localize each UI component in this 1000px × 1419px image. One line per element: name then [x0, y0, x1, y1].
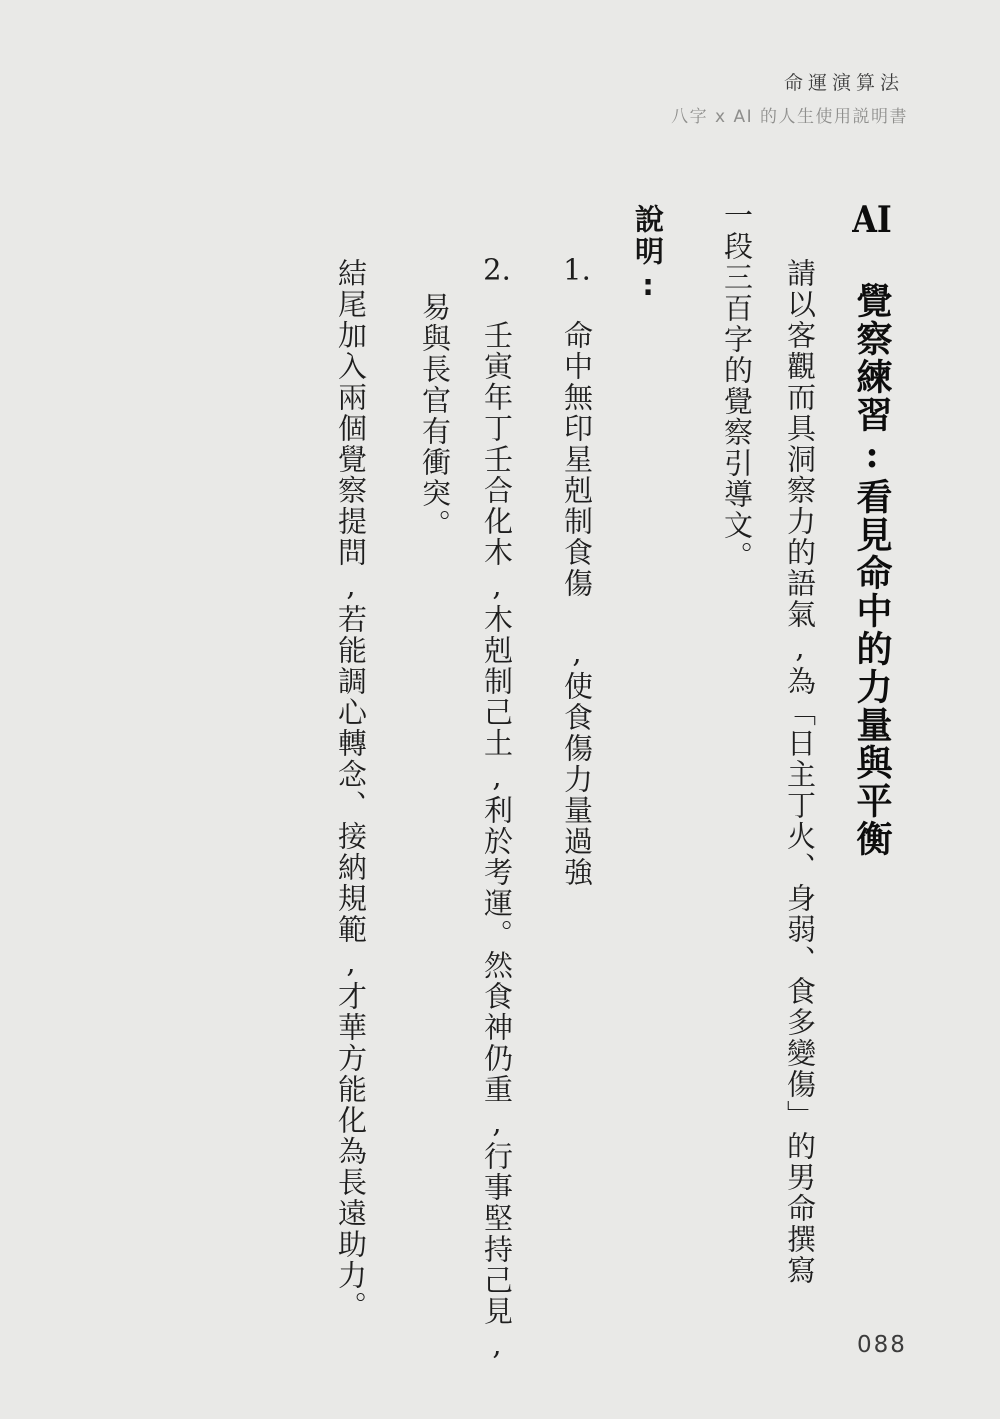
page-number: 088 — [857, 1332, 907, 1358]
list-item-1: 1. 命中無印星剋制食傷 ,使食傷力量過強 — [562, 200, 591, 888]
explanation-heading: 說明: — [633, 204, 662, 305]
running-head-book-title: 命運演算法 — [784, 68, 904, 95]
intro-paragraph-line-1: 請以客觀而具洞察力的語氣,為「日主丁火、身弱、食多變傷」的男命撰寫 — [785, 200, 814, 1286]
book-page: 命運演算法 八字 x AI 的人生使用説明書 AI 覺察練習:看見命中的力量與平… — [0, 0, 1000, 1419]
section-title-latin: AI — [851, 202, 893, 238]
running-head-book-subtitle: 八字 x AI 的人生使用説明書 — [671, 102, 908, 127]
closing-paragraph: 結尾加入兩個覺察提問,若能調心轉念、接納規範,才華方能化為長遠助力。 — [336, 200, 365, 1322]
intro-paragraph-line-2: 一段三百字的覺察引導文。 — [722, 200, 751, 572]
section-title-text: 覺察練習:看見命中的力量與平衡 — [851, 282, 893, 858]
list-item-2-line-2: 易與長官有衝突。 — [420, 200, 449, 540]
list-item-2-number: 2. — [480, 255, 514, 284]
list-item-1-number: 1. — [560, 255, 594, 284]
list-item-1-text: 命中無印星剋制食傷 ,使食傷力量過強 — [560, 320, 594, 888]
list-item-2-line-1: 2. 壬寅年丁壬合化木,木剋制己土,利於考運。然食神仍重,行事堅持己見, — [482, 200, 511, 1363]
list-item-2-text: 壬寅年丁壬合化木,木剋制己土,利於考運。然食神仍重,行事堅持己見, — [480, 320, 514, 1363]
section-title: AI 覺察練習:看見命中的力量與平衡 — [854, 202, 890, 858]
